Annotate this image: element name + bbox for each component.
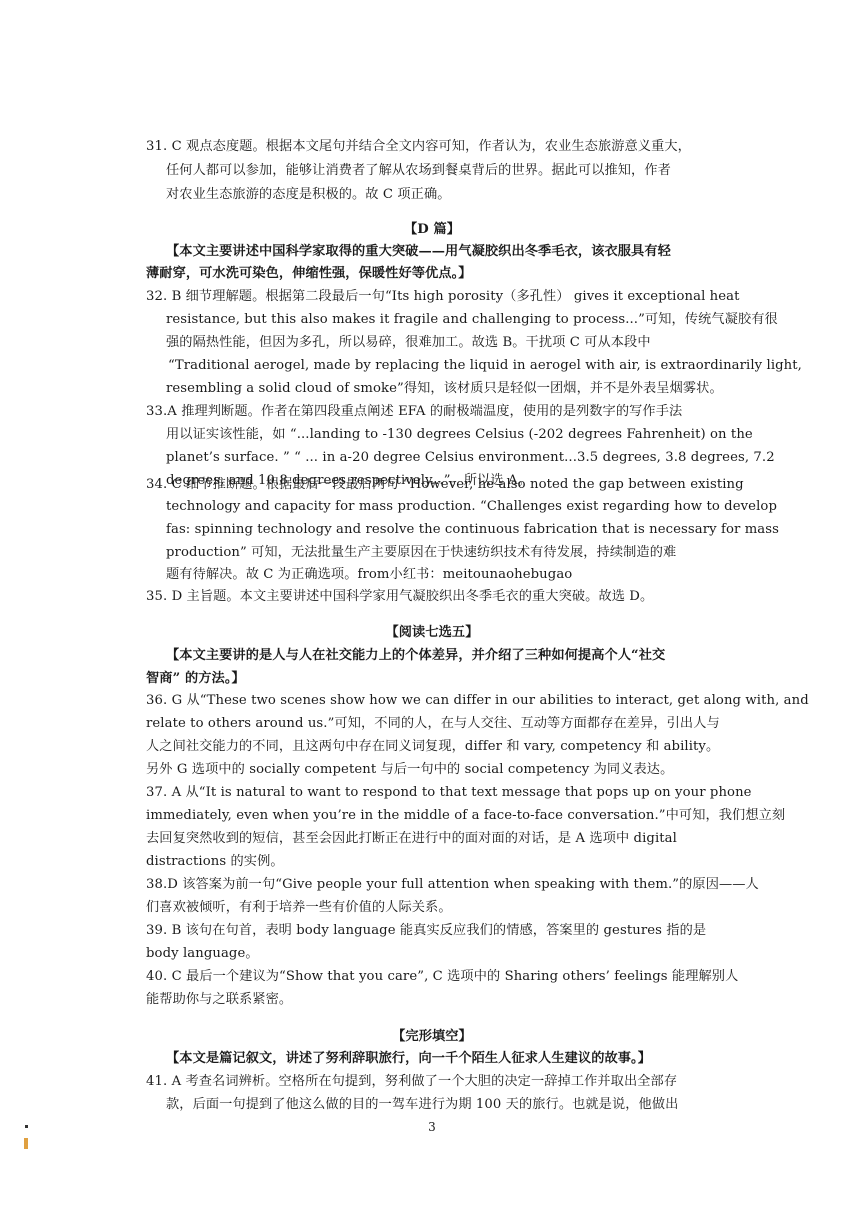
- answer-35-line-1: 35. D 主旨题。本文主要讲述中国科学家用气凝胶织出冬季毛衣的重大突破。故选 …: [146, 588, 653, 606]
- answer-39-line-2: body language。: [146, 945, 259, 963]
- margin-orange-bar-mark: [24, 1138, 28, 1149]
- answer-33-line-2: 用以证实该性能，如 “...landing to -130 degrees Ce…: [166, 426, 753, 444]
- answer-31-line-1: 31. C 观点态度题。根据本文尾句并结合全文内容可知，作者认为，农业生态旅游意…: [146, 138, 691, 156]
- answer-40-line-1: 40. C 最后一个建议为“Show that you care”, C 选项中…: [146, 968, 738, 986]
- document-page: 31. C 观点态度题。根据本文尾句并结合全文内容可知，作者认为，农业生态旅游意…: [0, 0, 864, 1221]
- answer-34-line-3: fas: spinning technology and resolve the…: [166, 521, 779, 539]
- answer-33-line-1: 33.A 推理判断题。作者在第四段重点阐述 EFA 的耐极端温度，使用的是列数字…: [146, 403, 682, 421]
- answer-40-line-2: 能帮助你与之联系紧密。: [146, 991, 292, 1009]
- answer-37-line-3: 去回复突然收到的短信，甚至会因此打断正在进行中的面对面的对话，是 A 选项中 d…: [146, 830, 677, 848]
- answer-32-line-5: resembling a solid cloud of smoke”得知，该材质…: [166, 380, 723, 398]
- answer-31-line-3: 对农业生态旅游的态度是积极的。故 C 项正确。: [166, 186, 451, 204]
- answer-37-line-1: 37. A 从“It is natural to want to respond…: [146, 784, 752, 802]
- answer-34-line-4: production” 可知，无法批量生产主要原因在于快速纺织技术有待发展，持续…: [166, 544, 676, 562]
- page-number: 3: [0, 1120, 864, 1134]
- answer-34-line-1: 34. C 细节推断题。根据最后一段最后两句 “However, he also…: [146, 476, 744, 494]
- answer-34-line-2: technology and capacity for mass product…: [166, 498, 777, 516]
- section-heading-seven-five: 【阅读七选五】: [0, 624, 864, 642]
- answer-36-line-2: relate to others around us.”可知，不同的人，在与人交…: [146, 715, 720, 733]
- seven-five-summary-line-1: 【本文主要讲的是人与人在社交能力上的个体差异，并介绍了三种如何提高个人“社交: [166, 647, 665, 665]
- seven-five-summary-line-2: 智商” 的方法。】: [146, 670, 245, 688]
- answer-34-line-5: 题有待解决。故 C 为正确选项。from小红书：meitounaohebugao: [166, 566, 572, 584]
- answer-32-line-4: “Traditional aerogel, made by replacing …: [168, 357, 802, 375]
- answer-36-line-3: 人之间社交能力的不同，且这两句中存在同义词复现，differ 和 vary, c…: [146, 738, 719, 756]
- answer-37-line-2: immediately, even when you’re in the mid…: [146, 807, 785, 825]
- answer-41-line-1: 41. A 考查名词辨析。空格所在句提到，努利做了一个大胆的决定一辞掉工作并取出…: [146, 1073, 677, 1091]
- answer-38-line-1: 38.D 该答案为前一句“Give people your full atten…: [146, 876, 759, 894]
- answer-38-line-2: 们喜欢被倾听，有利于培养一些有价值的人际关系。: [146, 899, 452, 917]
- answer-32-line-1: 32. B 细节理解题。根据第二段最后一句“Its high porosity（…: [146, 288, 740, 306]
- answer-33-line-3: planet’s surface. ” “ ... in a-20 degree…: [166, 449, 775, 467]
- d-summary-line-1: 【本文主要讲述中国科学家取得的重大突破——用气凝胶织出冬季毛衣，该衣服具有轻: [166, 243, 671, 261]
- answer-32-line-2: resistance, but this also makes it fragi…: [166, 311, 778, 329]
- answer-37-line-4: distractions 的实例。: [146, 853, 284, 871]
- margin-dot-mark: [25, 1125, 28, 1128]
- answer-31-line-2: 任何人都可以参加，能够让消费者了解从农场到餐桌背后的世界。据此可以推知，作者: [166, 162, 671, 180]
- answer-36-line-1: 36. G 从“These two scenes show how we can…: [146, 692, 809, 710]
- answer-39-line-1: 39. B 该句在句首，表明 body language 能真实反应我们的情感，…: [146, 922, 706, 940]
- section-heading-d: 【D 篇】: [0, 221, 864, 239]
- answer-41-line-2: 款，后面一句提到了他这么做的目的一驾车进行为期 100 天的旅行。也就是说，他做…: [166, 1096, 678, 1114]
- answer-32-line-3: 强的隔热性能，但因为多孔，所以易碎，很难加工。故选 B。干扰项 C 可从本段中: [166, 334, 651, 352]
- cloze-summary-line-1: 【本文是篇记叙文，讲述了努利辞职旅行，向一千个陌生人征求人生建议的故事。】: [166, 1050, 651, 1068]
- section-heading-cloze: 【完形填空】: [0, 1028, 864, 1046]
- answer-36-line-4: 另外 G 选项中的 socially competent 与后一句中的 soci…: [146, 761, 673, 779]
- d-summary-line-2: 薄耐穿，可水洗可染色，伸缩性强，保暖性好等优点。】: [146, 265, 472, 283]
